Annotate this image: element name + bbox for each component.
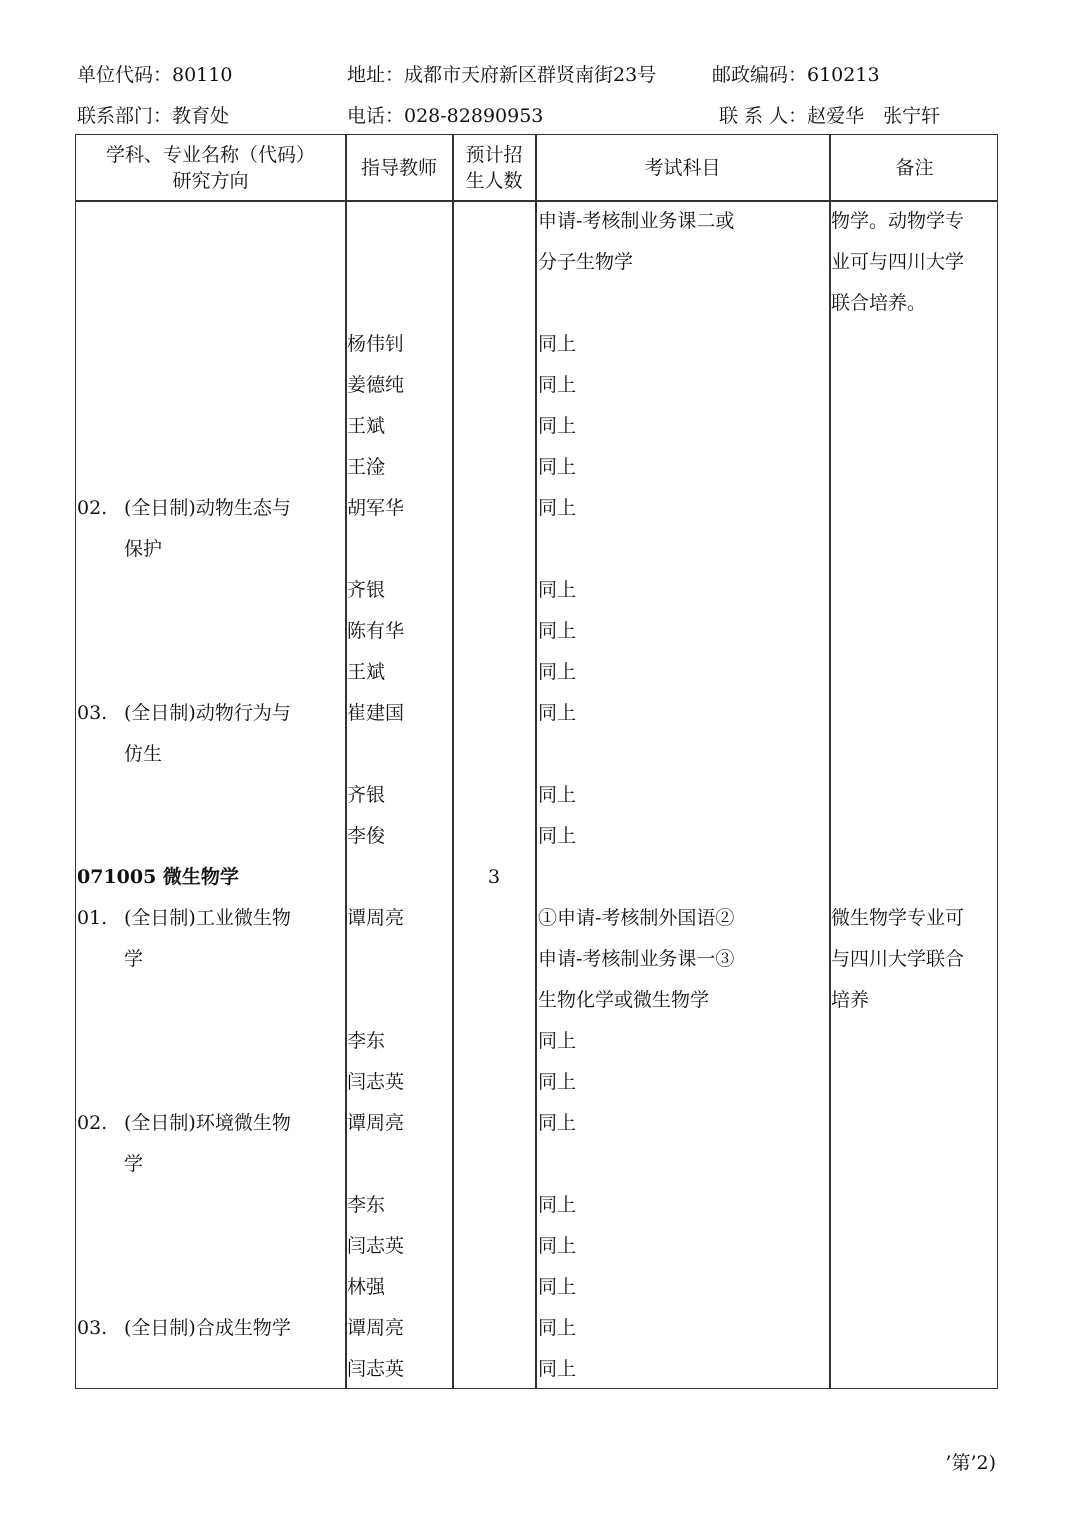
- cell-exam: 同上: [538, 1267, 576, 1308]
- cell-exam: 同上: [538, 693, 576, 734]
- cell-note: 与四川大学联合: [831, 939, 964, 980]
- cell-teacher: 闫志英: [347, 1226, 404, 1267]
- cell-exam: 申请-考核制业务课一③: [538, 939, 734, 980]
- cell-exam: 同上: [538, 1021, 576, 1062]
- cell-dir: (全日制)环境微生物: [124, 1103, 291, 1144]
- postal-code: 邮政编码：610213: [712, 60, 880, 87]
- cell-exam: 同上: [538, 775, 576, 816]
- cell-exam: 同上: [538, 1226, 576, 1267]
- divider: [535, 135, 537, 1388]
- cell-dir: 保护: [124, 529, 162, 570]
- cell-note: 培养: [831, 980, 869, 1021]
- cell-teacher: 胡军华: [347, 488, 404, 529]
- cell-teacher: 谭周亮: [347, 898, 404, 939]
- cell-note: 物学。动物学专: [831, 201, 964, 242]
- col-header-notes: 备注: [830, 135, 999, 200]
- cell-teacher: 谭周亮: [347, 1103, 404, 1144]
- cell-teacher: 齐银: [347, 775, 385, 816]
- cell-teacher: 谭周亮: [347, 1308, 404, 1349]
- cell-teacher: 王淦: [347, 447, 385, 488]
- cell-teacher: 李东: [347, 1021, 385, 1062]
- cell-exam: 同上: [538, 488, 576, 529]
- cell-teacher: 李俊: [347, 816, 385, 857]
- cell-teacher: 闫志英: [347, 1349, 404, 1390]
- cell-teacher: 闫志英: [347, 1062, 404, 1103]
- cell-exam: 同上: [538, 1062, 576, 1103]
- cell-exam: 同上: [538, 570, 576, 611]
- cell-dir: 学: [124, 939, 143, 980]
- cell-note: 联合培养。: [831, 283, 926, 324]
- phone: 电话：028-82890953: [347, 101, 543, 128]
- enrollment-table: 学科、专业名称（代码） 研究方向 指导教师 预计招 生人数 考试科目 备注 申请…: [75, 134, 998, 1389]
- cell-exam: 分子生物学: [538, 242, 633, 283]
- cell-teacher: 王斌: [347, 406, 385, 447]
- cell-teacher: 林强: [347, 1267, 385, 1308]
- unit-code: 单位代码：80110: [77, 60, 232, 87]
- cell-exam: 生物化学或微生物学: [538, 980, 709, 1021]
- cell-teacher: 李东: [347, 1185, 385, 1226]
- cell-exam: 同上: [538, 611, 576, 652]
- cell-dir: (全日制)工业微生物: [124, 898, 291, 939]
- cell-code: 02.: [77, 488, 107, 529]
- cell-code: 071005 微生物学: [77, 857, 239, 898]
- cell-dir: (全日制)合成生物学: [124, 1308, 291, 1349]
- col-header-major: 学科、专业名称（代码） 研究方向: [76, 135, 345, 200]
- cell-code: 02.: [77, 1103, 107, 1144]
- cell-teacher: 齐银: [347, 570, 385, 611]
- cell-exam: 同上: [538, 1103, 576, 1144]
- col-header-exam: 考试科目: [536, 135, 829, 200]
- cell-teacher: 姜德纯: [347, 365, 404, 406]
- col-header-advisor: 指导教师: [346, 135, 452, 200]
- cell-exam: 同上: [538, 652, 576, 693]
- cell-teacher: 王斌: [347, 652, 385, 693]
- cell-exam: 同上: [538, 1349, 576, 1390]
- cell-teacher: 杨伟钊: [347, 324, 404, 365]
- cell-dir: 仿生: [124, 734, 162, 775]
- cell-code: 03.: [77, 693, 107, 734]
- cell-teacher: 陈有华: [347, 611, 404, 652]
- cell-exam: 同上: [538, 447, 576, 488]
- page-number: ’第’2): [945, 1448, 996, 1475]
- cell-teacher: 崔建国: [347, 693, 404, 734]
- address: 地址：成都市天府新区群贤南街23号: [347, 60, 656, 87]
- cell-num: 3: [453, 857, 535, 898]
- cell-exam: 同上: [538, 1308, 576, 1349]
- cell-note: 微生物学专业可: [831, 898, 964, 939]
- cell-dir: (全日制)动物行为与: [124, 693, 291, 734]
- cell-exam: 同上: [538, 324, 576, 365]
- cell-dir: (全日制)动物生态与: [124, 488, 291, 529]
- cell-code: 01.: [77, 898, 107, 939]
- divider: [452, 135, 454, 1388]
- cell-exam: 申请-考核制业务课二或: [538, 201, 734, 242]
- cell-exam: ①申请-考核制外国语②: [538, 898, 734, 939]
- department: 联系部门：教育处: [77, 101, 229, 128]
- cell-code: 03.: [77, 1308, 107, 1349]
- cell-exam: 同上: [538, 816, 576, 857]
- contacts: 联 系 人：赵爱华 张宁轩: [719, 101, 940, 128]
- cell-exam: 同上: [538, 406, 576, 447]
- cell-exam: 同上: [538, 1185, 576, 1226]
- cell-dir: 学: [124, 1144, 143, 1185]
- cell-note: 业可与四川大学: [831, 242, 964, 283]
- cell-exam: 同上: [538, 365, 576, 406]
- col-header-quota: 预计招 生人数: [453, 135, 535, 200]
